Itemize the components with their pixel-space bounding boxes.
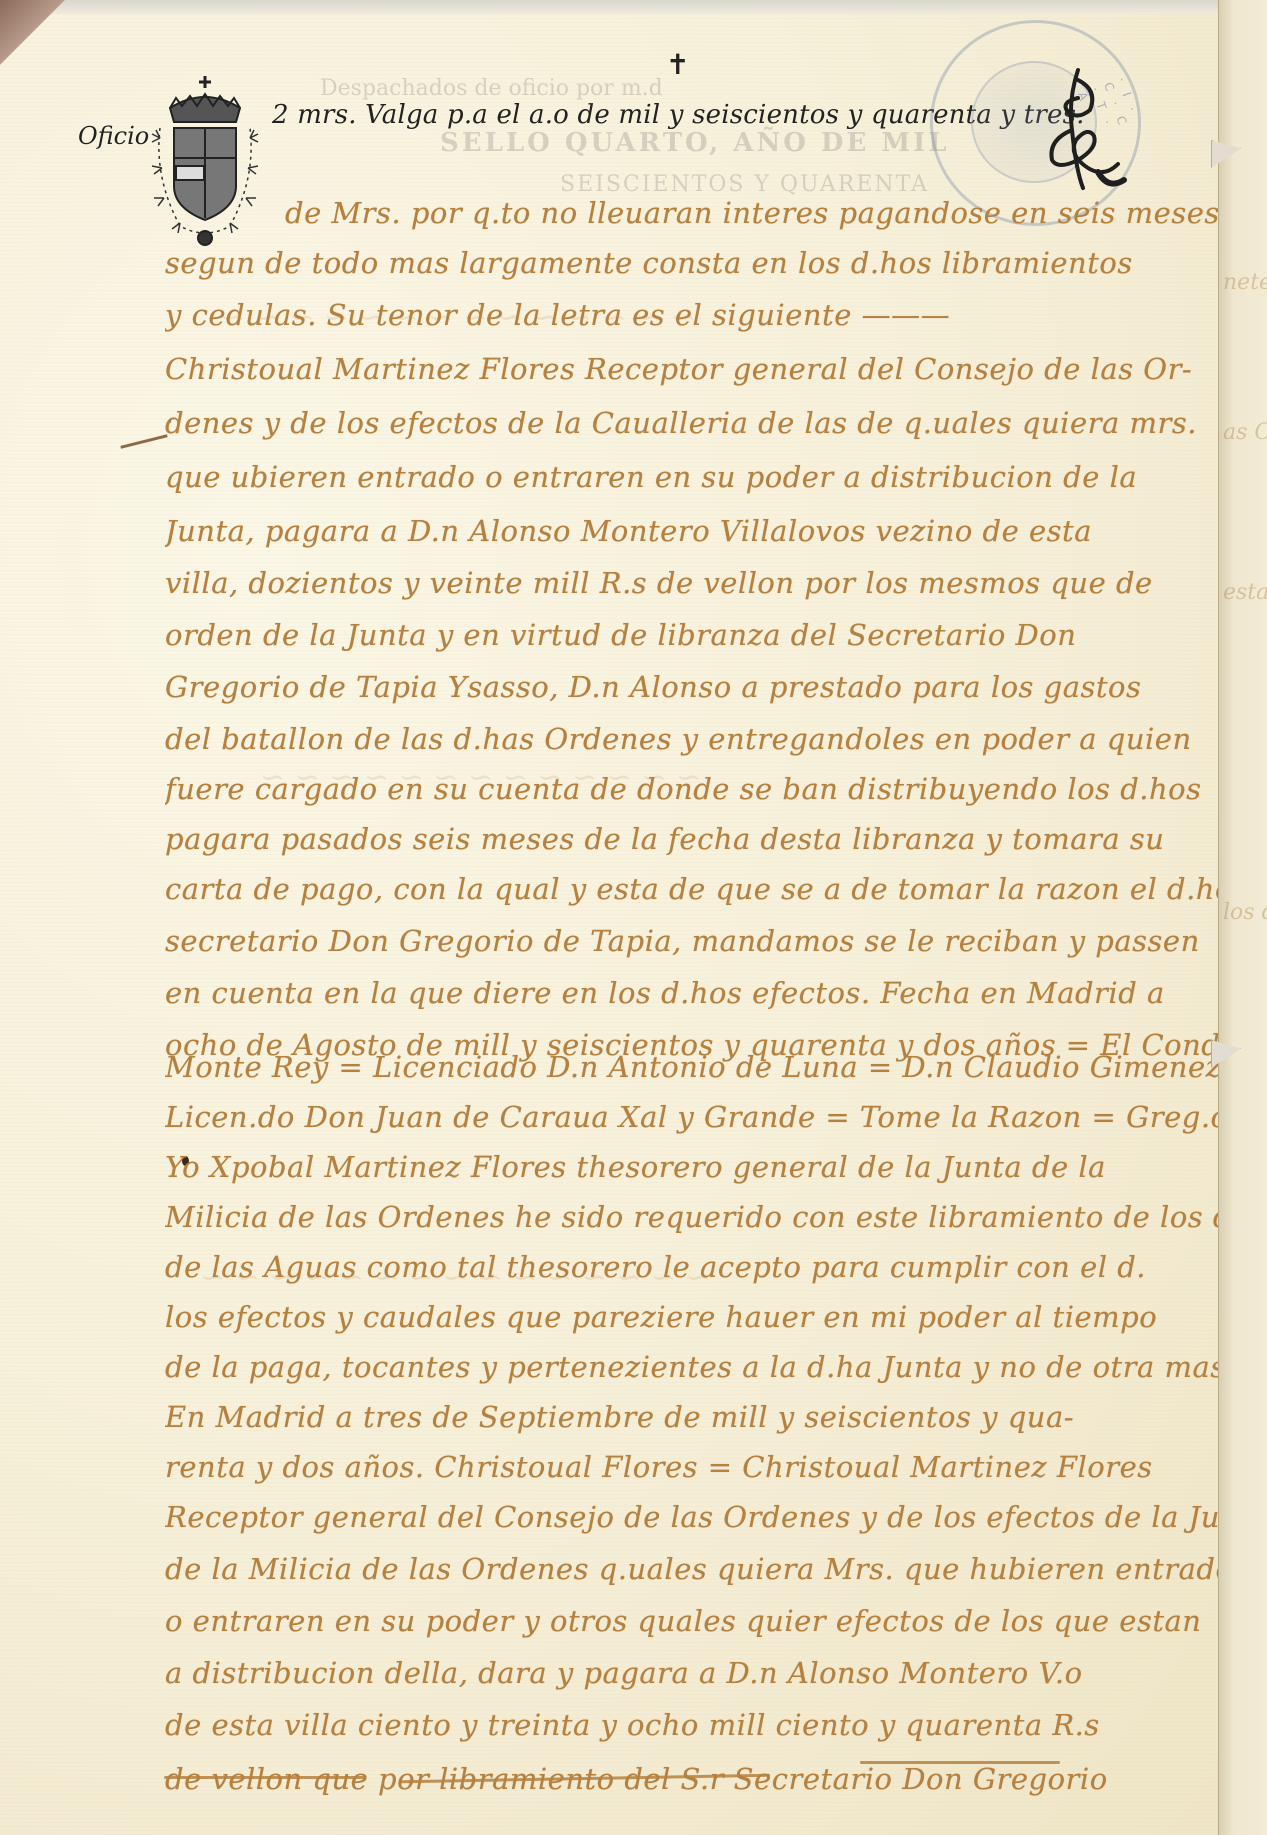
closing-rule-left — [164, 1776, 364, 1779]
underline-rule-tail — [860, 1761, 1060, 1764]
body-line-1: de Mrs. por q.to no lleuaran interes pag… — [285, 196, 1225, 230]
body-line-11: del batallon de las d.has Ordenes y entr… — [165, 722, 1225, 756]
body-line-24: de la paga, tocantes y pertenezientes a … — [165, 1350, 1225, 1384]
body-line-15: secretario Don Gregorio de Tapia, mandam… — [165, 924, 1225, 958]
body-line-2: segun de todo mas largamente consta en l… — [165, 246, 1225, 280]
body-line-13: pagara pasados seis meses de la fecha de… — [165, 822, 1225, 856]
leaf-fragment: as O — [1223, 420, 1267, 445]
notarial-rubric-icon — [1038, 60, 1128, 200]
body-line-30: a distribucion della, dara y pagara a D.… — [165, 1656, 1225, 1690]
body-line-29: o entraren en su poder y otros quales qu… — [165, 1604, 1225, 1638]
office-label: Oficio — [78, 122, 149, 150]
body-line-21: Milicia de las Ordenes he sido requerido… — [165, 1200, 1225, 1234]
body-line-23: los efectos y caudales que pareziere hau… — [165, 1300, 1225, 1334]
margin-mark — [120, 434, 167, 449]
show-through-line-2: SELLO QUARTO, AÑO DE MIL — [440, 128, 950, 158]
body-line-3: y cedulas. Su tenor de la letra es el si… — [165, 298, 1225, 332]
leaf-fragment: nete — [1223, 270, 1267, 295]
body-line-19: Licen.do Don Juan de Caraua Xal y Grande… — [165, 1100, 1225, 1134]
binding-stitch — [1211, 140, 1241, 168]
cross-icon: ✝ — [666, 48, 689, 81]
body-line-12: fuere cargado en su cuenta de donde se b… — [165, 772, 1225, 806]
body-line-28: de la Milicia de las Ordenes q.uales qui… — [165, 1552, 1225, 1586]
body-line-10: Gregorio de Tapia Ysasso, D.n Alonso a p… — [165, 670, 1225, 704]
body-line-32: de vellon que por libramiento del S.r Se… — [165, 1762, 1225, 1796]
manuscript-page: Despachados de oficio por m.d SELLO QUAR… — [0, 0, 1230, 1835]
adjacent-leaf: nete as O esta los d. — [1218, 0, 1267, 1835]
show-through-line-3: SEISCIENTOS Y QUARENTA — [560, 172, 929, 197]
body-line-18: Monte Rey = Licenciado D.n Antonio de Lu… — [165, 1050, 1225, 1084]
body-line-14: carta de pago, con la qual y esta de que… — [165, 872, 1225, 906]
body-line-6: que ubieren entrado o entraren en su pod… — [165, 460, 1225, 494]
body-line-26: renta y dos años. Christoual Flores = Ch… — [165, 1450, 1225, 1484]
show-through-line-1: Despachados de oficio por m.d — [320, 76, 663, 101]
leaf-fragment: los d. — [1223, 900, 1267, 925]
body-line-22: de las Aguas como tal thesorero le acept… — [165, 1250, 1225, 1284]
body-line-4: Christoual Martinez Flores Receptor gene… — [165, 352, 1225, 386]
body-line-5: denes y de los efectos de la Caualleria … — [165, 406, 1225, 440]
body-line-7: Junta, pagara a D.n Alonso Montero Villa… — [165, 514, 1225, 548]
body-line-8: villa, dozientos y veinte mill R.s de ve… — [165, 566, 1225, 600]
body-line-20: Yo Xpobal Martinez Flores thesorero gene… — [165, 1150, 1225, 1184]
page-top-edge — [0, 0, 1230, 14]
body-line-16: en cuenta en la que diere en los d.hos e… — [165, 976, 1225, 1010]
royal-coat-of-arms-icon — [140, 68, 270, 248]
leaf-fragment: esta — [1223, 580, 1267, 605]
body-line-27: Receptor general del Consejo de las Orde… — [165, 1500, 1225, 1534]
body-line-31: de esta villa ciento y treinta y ocho mi… — [165, 1708, 1225, 1742]
binding-stitch — [1211, 1040, 1241, 1068]
torn-corner — [0, 0, 90, 70]
body-line-9: orden de la Junta y en virtud de libranz… — [165, 618, 1225, 652]
body-line-25: En Madrid a tres de Septiembre de mill y… — [165, 1400, 1225, 1434]
